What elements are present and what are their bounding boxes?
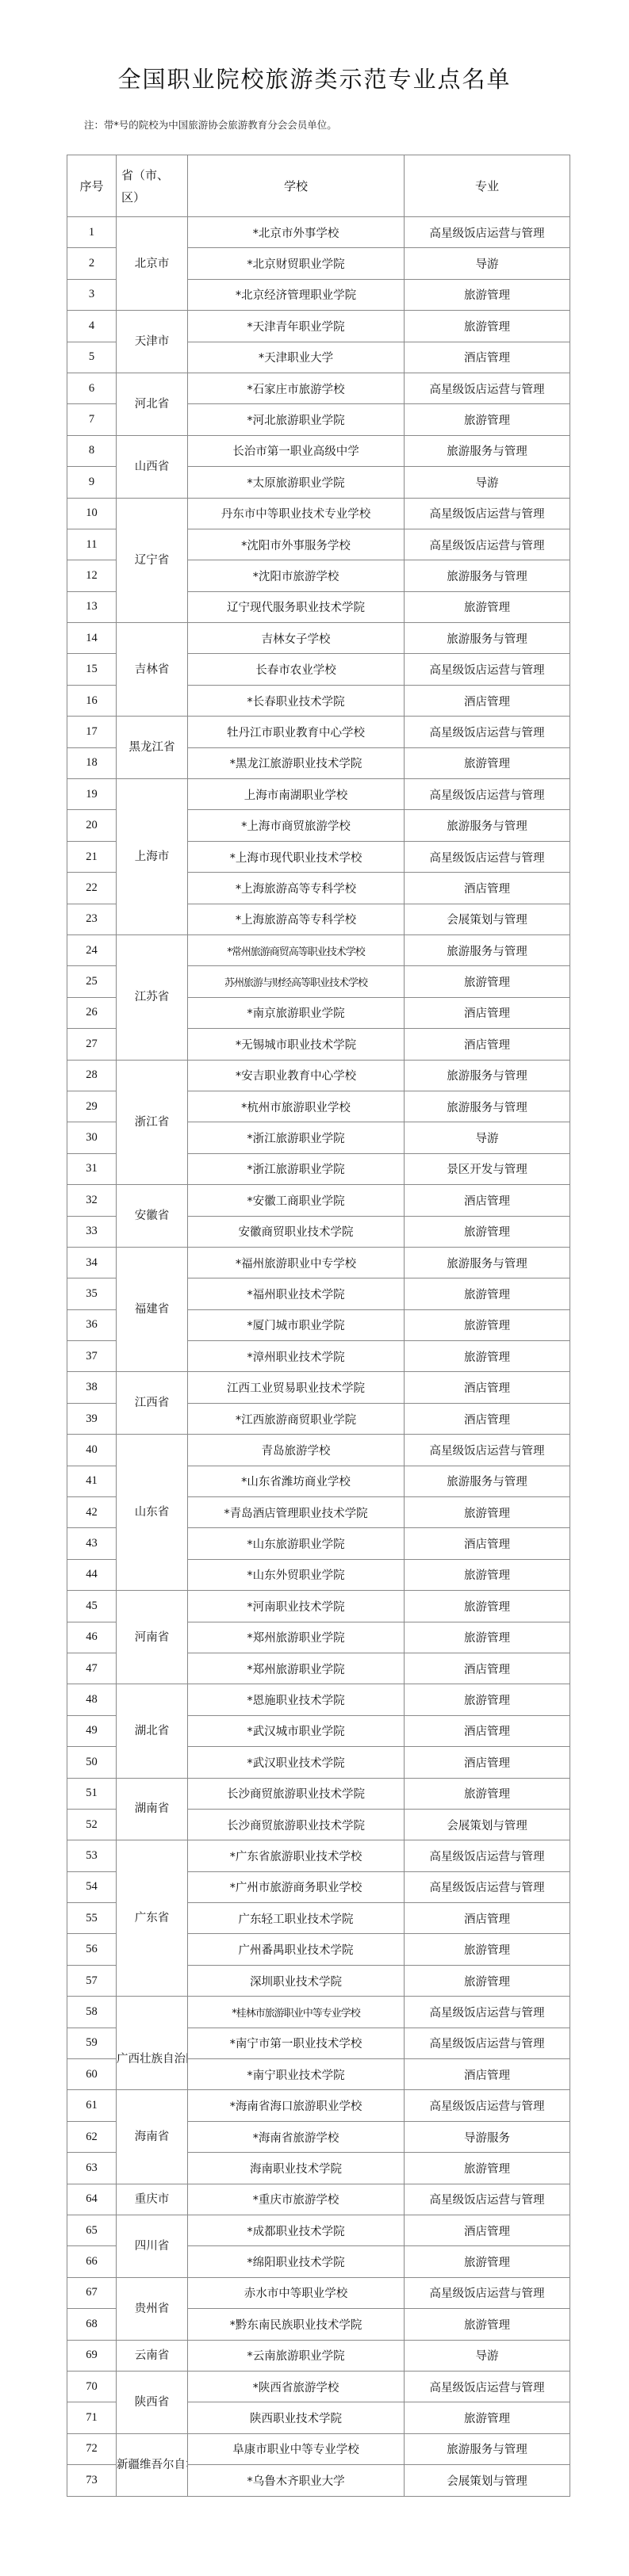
school-cell: *成都职业技术学院 <box>188 2215 405 2246</box>
table-row: 45河南省*河南职业技术学院旅游管理 <box>67 1591 570 1622</box>
school-cell: *山东旅游职业学院 <box>188 1528 405 1559</box>
school-cell: *无锡城市职业技术学院 <box>188 1029 405 1060</box>
row-index: 4 <box>67 311 117 342</box>
row-index: 25 <box>67 966 117 997</box>
school-cell: *北京经济管理职业学院 <box>188 279 405 310</box>
school-cell: *漳州职业技术学院 <box>188 1341 405 1372</box>
major-cell: 高星级饭店运营与管理 <box>405 1997 570 2028</box>
row-index: 53 <box>67 1840 117 1871</box>
province-label: 吉林省 <box>135 663 170 676</box>
row-index: 17 <box>67 717 117 747</box>
school-cell: *北京市外事学校 <box>188 217 405 248</box>
row-index: 18 <box>67 747 117 778</box>
school-cell: 丹东市中等职业技术专业学校 <box>188 498 405 529</box>
row-index: 28 <box>67 1060 117 1091</box>
row-index: 23 <box>67 904 117 934</box>
province-label: 山东省 <box>135 1506 170 1519</box>
major-cell: 酒店管理 <box>405 1903 570 1934</box>
row-index: 26 <box>67 997 117 1028</box>
row-index: 52 <box>67 1809 117 1840</box>
school-cell: 辽宁现代服务职业技术学院 <box>188 591 405 622</box>
school-cell: *南宁职业技术学院 <box>188 2059 405 2090</box>
major-cell: 旅游管理 <box>405 1309 570 1340</box>
major-cell: 导游 <box>405 467 570 498</box>
school-cell: *福州旅游职业中专学校 <box>188 1247 405 1278</box>
province-label: 北京市 <box>135 258 170 270</box>
demonstration-list-table: 序号 省（市、区） 学校 专业 1北京市*北京市外事学校高星级饭店运营与管理2*… <box>67 155 570 2497</box>
major-cell: 酒店管理 <box>405 685 570 716</box>
row-index: 14 <box>67 623 117 654</box>
school-cell: *南京旅游职业学院 <box>188 997 405 1028</box>
school-cell: *江西旅游商贸职业学院 <box>188 1403 405 1434</box>
table-row: 17黑龙江省牡丹江市职业教育中心学校高星级饭店运营与管理 <box>67 717 570 747</box>
row-index: 33 <box>67 1216 117 1247</box>
province-label: 河北省 <box>135 398 170 411</box>
row-index: 63 <box>67 2153 117 2184</box>
row-index: 22 <box>67 873 117 904</box>
row-index: 71 <box>67 2402 117 2433</box>
school-cell: *安吉职业教育中心学校 <box>188 1060 405 1091</box>
major-cell: 高星级饭店运营与管理 <box>405 1840 570 1871</box>
table-row: 4天津市*天津青年职业学院旅游管理 <box>67 311 570 342</box>
row-index: 9 <box>67 467 117 498</box>
province-cell: 辽宁省 <box>117 498 188 623</box>
row-index: 20 <box>67 810 117 841</box>
school-cell: *上海旅游高等专科学校 <box>188 904 405 934</box>
major-cell: 酒店管理 <box>405 1747 570 1778</box>
school-cell: *郑州旅游职业学院 <box>188 1653 405 1684</box>
row-index: 44 <box>67 1559 117 1590</box>
school-cell: *广东省旅游职业技术学校 <box>188 1840 405 1871</box>
major-cell: 旅游管理 <box>405 1684 570 1715</box>
table-row: 1北京市*北京市外事学校高星级饭店运营与管理 <box>67 217 570 248</box>
school-cell: 江西工业贸易职业技术学院 <box>188 1372 405 1403</box>
province-label: 海南省 <box>135 2131 170 2143</box>
table-row: 24江苏省*常州旅游商贸高等职业技术学校旅游服务与管理 <box>67 934 570 965</box>
major-cell: 旅游服务与管理 <box>405 1060 570 1091</box>
row-index: 62 <box>67 2121 117 2152</box>
row-index: 16 <box>67 685 117 716</box>
row-index: 38 <box>67 1372 117 1403</box>
major-cell: 旅游管理 <box>405 1559 570 1590</box>
major-cell: 旅游管理 <box>405 1965 570 1996</box>
major-cell: 会展策划与管理 <box>405 1809 570 1840</box>
school-cell: 广州番禺职业技术学院 <box>188 1934 405 1965</box>
province-label: 江西省 <box>135 1397 170 1409</box>
province-cell: 吉林省 <box>117 623 188 717</box>
table-row: 70陕西省*陕西省旅游学校高星级饭店运营与管理 <box>67 2371 570 2402</box>
school-cell: *浙江旅游职业学院 <box>188 1153 405 1184</box>
major-cell: 会展策划与管理 <box>405 2465 570 2496</box>
province-cell: 河北省 <box>117 373 188 435</box>
school-cell: *黔东南民族职业技术学院 <box>188 2309 405 2340</box>
table-row: 64重庆市*重庆市旅游学校高星级饭店运营与管理 <box>67 2184 570 2215</box>
header-province: 省（市、区） <box>117 155 188 217</box>
row-index: 27 <box>67 1029 117 1060</box>
major-cell: 高星级饭店运营与管理 <box>405 654 570 685</box>
major-cell: 高星级饭店运营与管理 <box>405 1435 570 1466</box>
school-cell: 陕西职业技术学院 <box>188 2402 405 2433</box>
row-index: 5 <box>67 342 117 373</box>
row-index: 11 <box>67 529 117 560</box>
school-cell: *重庆市旅游学校 <box>188 2184 405 2215</box>
header-index: 序号 <box>67 155 117 217</box>
school-cell: *广州市旅游商务职业学校 <box>188 1871 405 1902</box>
school-cell: *南宁市第一职业技术学校 <box>188 2028 405 2058</box>
row-index: 50 <box>67 1747 117 1778</box>
major-cell: 会展策划与管理 <box>405 904 570 934</box>
school-cell: *厦门城市职业学院 <box>188 1309 405 1340</box>
major-cell: 旅游管理 <box>405 311 570 342</box>
major-cell: 景区开发与管理 <box>405 1153 570 1184</box>
major-cell: 旅游管理 <box>405 2246 570 2277</box>
row-index: 32 <box>67 1185 117 1216</box>
school-cell: 广东轻工职业技术学院 <box>188 1903 405 1934</box>
major-cell: 旅游管理 <box>405 1216 570 1247</box>
school-cell: *绵阳职业技术学院 <box>188 2246 405 2277</box>
school-cell: 苏州旅游与财经高等职业技术学校 <box>188 966 405 997</box>
major-cell: 旅游服务与管理 <box>405 1247 570 1278</box>
school-cell: *北京财贸职业学院 <box>188 248 405 279</box>
row-index: 70 <box>67 2371 117 2402</box>
row-index: 73 <box>67 2465 117 2496</box>
major-cell: 高星级饭店运营与管理 <box>405 1871 570 1902</box>
major-cell: 旅游管理 <box>405 1591 570 1622</box>
province-cell: 山西省 <box>117 435 188 498</box>
province-label: 江苏省 <box>135 991 170 1003</box>
row-index: 15 <box>67 654 117 685</box>
major-cell: 高星级饭店运营与管理 <box>405 2184 570 2215</box>
table-row: 58广西壮族自治区*桂林市旅游职业中等专业学校高星级饭店运营与管理 <box>67 1997 570 2028</box>
school-cell: *郑州旅游职业学院 <box>188 1622 405 1653</box>
row-index: 68 <box>67 2309 117 2340</box>
province-cell: 海南省 <box>117 2090 188 2184</box>
province-cell: 上海市 <box>117 779 188 935</box>
province-cell: 江苏省 <box>117 934 188 1060</box>
major-cell: 高星级饭店运营与管理 <box>405 217 570 248</box>
school-cell: *杭州市旅游职业学校 <box>188 1091 405 1122</box>
row-index: 59 <box>67 2028 117 2058</box>
table-body: 1北京市*北京市外事学校高星级饭店运营与管理2*北京财贸职业学院导游3*北京经济… <box>67 217 570 2497</box>
table-row: 40山东省青岛旅游学校高星级饭店运营与管理 <box>67 1435 570 1466</box>
row-index: 49 <box>67 1715 117 1746</box>
province-label: 云南省 <box>135 2349 170 2362</box>
row-index: 72 <box>67 2433 117 2464</box>
row-index: 6 <box>67 373 117 403</box>
school-cell: *浙江旅游职业学院 <box>188 1122 405 1153</box>
major-cell: 高星级饭店运营与管理 <box>405 2090 570 2121</box>
school-cell: *上海市商贸旅游学校 <box>188 810 405 841</box>
province-cell: 新疆维吾尔自治区 <box>117 2433 188 2496</box>
school-cell: *山东省潍坊商业学校 <box>188 1466 405 1496</box>
school-cell: 赤水市中等职业学校 <box>188 2277 405 2308</box>
table-row: 69云南省*云南旅游职业学院导游 <box>67 2340 570 2371</box>
province-label: 湖北省 <box>135 1725 170 1737</box>
table-row: 19上海市上海市南湖职业学校高星级饭店运营与管理 <box>67 779 570 810</box>
major-cell: 旅游服务与管理 <box>405 2433 570 2464</box>
row-index: 1 <box>67 217 117 248</box>
school-cell: 长沙商贸旅游职业技术学院 <box>188 1778 405 1809</box>
row-index: 39 <box>67 1403 117 1434</box>
school-cell: *天津职业大学 <box>188 342 405 373</box>
row-index: 66 <box>67 2246 117 2277</box>
province-cell: 广西壮族自治区 <box>117 1997 188 2090</box>
major-cell: 高星级饭店运营与管理 <box>405 841 570 872</box>
major-cell: 酒店管理 <box>405 873 570 904</box>
major-cell: 旅游服务与管理 <box>405 1466 570 1496</box>
school-cell: *常州旅游商贸高等职业技术学校 <box>188 934 405 965</box>
major-cell: 旅游管理 <box>405 591 570 622</box>
table-row: 61海南省*海南省海口旅游职业学校高星级饭店运营与管理 <box>67 2090 570 2121</box>
row-index: 67 <box>67 2277 117 2308</box>
province-cell: 湖北省 <box>117 1684 188 1778</box>
major-cell: 酒店管理 <box>405 1403 570 1434</box>
province-cell: 河南省 <box>117 1591 188 1684</box>
row-index: 40 <box>67 1435 117 1466</box>
major-cell: 高星级饭店运营与管理 <box>405 779 570 810</box>
table-row: 6河北省*石家庄市旅游学校高星级饭店运营与管理 <box>67 373 570 403</box>
province-label: 黑龙江省 <box>129 741 175 754</box>
table-row: 51湖南省长沙商贸旅游职业技术学院旅游管理 <box>67 1778 570 1809</box>
table-row: 28浙江省*安吉职业教育中心学校旅游服务与管理 <box>67 1060 570 1091</box>
table-row: 10辽宁省丹东市中等职业技术专业学校高星级饭店运营与管理 <box>67 498 570 529</box>
row-index: 10 <box>67 498 117 529</box>
school-cell: 上海市南湖职业学校 <box>188 779 405 810</box>
school-cell: *沈阳市旅游学校 <box>188 560 405 591</box>
row-index: 35 <box>67 1278 117 1309</box>
school-cell: 深圳职业技术学院 <box>188 1965 405 1996</box>
school-cell: *武汉职业技术学院 <box>188 1747 405 1778</box>
province-cell: 重庆市 <box>117 2184 188 2215</box>
province-label: 安徽省 <box>135 1210 170 1222</box>
major-cell: 高星级饭店运营与管理 <box>405 529 570 560</box>
major-cell: 旅游服务与管理 <box>405 623 570 654</box>
table-row: 32安徽省*安徽工商职业学院酒店管理 <box>67 1185 570 1216</box>
school-cell: *陕西省旅游学校 <box>188 2371 405 2402</box>
school-cell: *山东外贸职业学院 <box>188 1559 405 1590</box>
major-cell: 导游 <box>405 1122 570 1153</box>
row-index: 3 <box>67 279 117 310</box>
row-index: 46 <box>67 1622 117 1653</box>
province-label: 浙江省 <box>135 1116 170 1129</box>
school-cell: 安徽商贸职业技术学院 <box>188 1216 405 1247</box>
school-cell: *福州职业技术学院 <box>188 1278 405 1309</box>
province-cell: 黑龙江省 <box>117 717 188 779</box>
row-index: 36 <box>67 1309 117 1340</box>
major-cell: 旅游服务与管理 <box>405 435 570 466</box>
province-label: 上海市 <box>135 850 170 863</box>
row-index: 57 <box>67 1965 117 1996</box>
table-row: 14吉林省吉林女子学校旅游服务与管理 <box>67 623 570 654</box>
major-cell: 旅游管理 <box>405 1622 570 1653</box>
province-cell: 北京市 <box>117 217 188 311</box>
province-label: 陕西省 <box>135 2396 170 2409</box>
row-index: 2 <box>67 248 117 279</box>
school-cell: *太原旅游职业学院 <box>188 467 405 498</box>
major-cell: 高星级饭店运营与管理 <box>405 717 570 747</box>
major-cell: 酒店管理 <box>405 1029 570 1060</box>
major-cell: 酒店管理 <box>405 1715 570 1746</box>
major-cell: 酒店管理 <box>405 2059 570 2090</box>
school-cell: *石家庄市旅游学校 <box>188 373 405 403</box>
school-cell: 青岛旅游学校 <box>188 1435 405 1466</box>
row-index: 48 <box>67 1684 117 1715</box>
major-cell: 旅游管理 <box>405 404 570 435</box>
row-index: 19 <box>67 779 117 810</box>
province-label: 河南省 <box>135 1631 170 1644</box>
row-index: 7 <box>67 404 117 435</box>
province-label: 山西省 <box>135 461 170 473</box>
province-cell: 安徽省 <box>117 1185 188 1248</box>
row-index: 55 <box>67 1903 117 1934</box>
row-index: 37 <box>67 1341 117 1372</box>
row-index: 42 <box>67 1497 117 1528</box>
row-index: 58 <box>67 1997 117 2028</box>
major-cell: 旅游管理 <box>405 279 570 310</box>
province-cell: 陕西省 <box>117 2371 188 2433</box>
row-index: 41 <box>67 1466 117 1496</box>
province-label: 新疆维吾尔自治区 <box>117 2459 188 2471</box>
province-cell: 广东省 <box>117 1840 188 1997</box>
province-label: 四川省 <box>135 2240 170 2253</box>
row-index: 64 <box>67 2184 117 2215</box>
row-index: 60 <box>67 2059 117 2090</box>
major-cell: 旅游管理 <box>405 747 570 778</box>
school-cell: 海南职业技术学院 <box>188 2153 405 2184</box>
major-cell: 旅游管理 <box>405 2309 570 2340</box>
table-row: 8山西省长治市第一职业高级中学旅游服务与管理 <box>67 435 570 466</box>
row-index: 69 <box>67 2340 117 2371</box>
major-cell: 旅游服务与管理 <box>405 810 570 841</box>
province-label: 广东省 <box>135 1912 170 1924</box>
major-cell: 高星级饭店运营与管理 <box>405 2371 570 2402</box>
province-label: 广西壮族自治区 <box>117 2016 187 2070</box>
row-index: 30 <box>67 1122 117 1153</box>
row-index: 47 <box>67 1653 117 1684</box>
province-cell: 福建省 <box>117 1247 188 1372</box>
school-cell: *桂林市旅游职业中等专业学校 <box>188 1997 405 2028</box>
major-cell: 酒店管理 <box>405 1653 570 1684</box>
table-header-row: 序号 省（市、区） 学校 专业 <box>67 155 570 217</box>
major-cell: 旅游管理 <box>405 966 570 997</box>
major-cell: 酒店管理 <box>405 1372 570 1403</box>
school-cell: *黑龙江旅游职业技术学院 <box>188 747 405 778</box>
province-label: 贵州省 <box>135 2303 170 2315</box>
province-label: 重庆市 <box>135 2193 170 2206</box>
major-cell: 高星级饭店运营与管理 <box>405 498 570 529</box>
school-cell: 阜康市职业中等专业学校 <box>188 2433 405 2464</box>
major-cell: 酒店管理 <box>405 2215 570 2246</box>
major-cell: 高星级饭店运营与管理 <box>405 373 570 403</box>
school-cell: 长沙商贸旅游职业技术学院 <box>188 1809 405 1840</box>
school-cell: *海南省旅游学校 <box>188 2121 405 2152</box>
row-index: 29 <box>67 1091 117 1122</box>
major-cell: 旅游管理 <box>405 1341 570 1372</box>
school-cell: *沈阳市外事服务学校 <box>188 529 405 560</box>
row-index: 12 <box>67 560 117 591</box>
school-cell: *武汉城市职业学院 <box>188 1715 405 1746</box>
major-cell: 旅游管理 <box>405 1778 570 1809</box>
major-cell: 高星级饭店运营与管理 <box>405 2028 570 2058</box>
major-cell: 酒店管理 <box>405 1528 570 1559</box>
school-cell: *海南省海口旅游职业学校 <box>188 2090 405 2121</box>
row-index: 43 <box>67 1528 117 1559</box>
major-cell: 旅游管理 <box>405 1934 570 1965</box>
major-cell: 高星级饭店运营与管理 <box>405 2277 570 2308</box>
row-index: 13 <box>67 591 117 622</box>
row-index: 34 <box>67 1247 117 1278</box>
major-cell: 酒店管理 <box>405 342 570 373</box>
province-cell: 江西省 <box>117 1372 188 1435</box>
province-label: 辽宁省 <box>135 554 170 567</box>
row-index: 45 <box>67 1591 117 1622</box>
school-cell: *云南旅游职业学院 <box>188 2340 405 2371</box>
major-cell: 旅游管理 <box>405 2153 570 2184</box>
province-label: 湖南省 <box>135 1802 170 1815</box>
school-cell: *乌鲁木齐职业大学 <box>188 2465 405 2496</box>
province-cell: 云南省 <box>117 2340 188 2371</box>
major-cell: 酒店管理 <box>405 997 570 1028</box>
header-school: 学校 <box>188 155 405 217</box>
document-title: 全国职业院校旅游类示范专业点名单 <box>0 65 629 94</box>
footnote: 注：带*号的院校为中国旅游协会旅游教育分会会员单位。 <box>84 118 337 132</box>
table-row: 53广东省*广东省旅游职业技术学校高星级饭店运营与管理 <box>67 1840 570 1871</box>
province-cell: 湖南省 <box>117 1778 188 1840</box>
row-index: 21 <box>67 841 117 872</box>
row-index: 61 <box>67 2090 117 2121</box>
major-cell: 旅游服务与管理 <box>405 1091 570 1122</box>
school-cell: 牡丹江市职业教育中心学校 <box>188 717 405 747</box>
school-cell: 长春市农业学校 <box>188 654 405 685</box>
major-cell: 旅游管理 <box>405 1497 570 1528</box>
school-cell: *上海市现代职业技术学校 <box>188 841 405 872</box>
major-cell: 导游服务 <box>405 2121 570 2152</box>
province-label: 福建省 <box>135 1303 170 1316</box>
school-cell: *安徽工商职业学院 <box>188 1185 405 1216</box>
row-index: 56 <box>67 1934 117 1965</box>
school-cell: *河南职业技术学院 <box>188 1591 405 1622</box>
school-cell: *河北旅游职业学院 <box>188 404 405 435</box>
table-row: 67贵州省赤水市中等职业学校高星级饭店运营与管理 <box>67 2277 570 2308</box>
school-cell: *上海旅游高等专科学校 <box>188 873 405 904</box>
major-cell: 旅游管理 <box>405 2402 570 2433</box>
row-index: 54 <box>67 1871 117 1902</box>
table-row: 38江西省江西工业贸易职业技术学院酒店管理 <box>67 1372 570 1403</box>
row-index: 51 <box>67 1778 117 1809</box>
table-row: 48湖北省*恩施职业技术学院旅游管理 <box>67 1684 570 1715</box>
province-label: 天津市 <box>135 335 170 348</box>
school-cell: 长治市第一职业高级中学 <box>188 435 405 466</box>
school-cell: *长春职业技术学院 <box>188 685 405 716</box>
major-cell: 旅游服务与管理 <box>405 934 570 965</box>
school-cell: 吉林女子学校 <box>188 623 405 654</box>
table-row: 65四川省*成都职业技术学院酒店管理 <box>67 2215 570 2246</box>
school-cell: *青岛酒店管理职业技术学院 <box>188 1497 405 1528</box>
province-cell: 贵州省 <box>117 2277 188 2340</box>
header-major: 专业 <box>405 155 570 217</box>
province-cell: 天津市 <box>117 311 188 373</box>
row-index: 65 <box>67 2215 117 2246</box>
province-cell: 四川省 <box>117 2215 188 2278</box>
major-cell: 酒店管理 <box>405 1185 570 1216</box>
school-cell: *恩施职业技术学院 <box>188 1684 405 1715</box>
province-cell: 浙江省 <box>117 1060 188 1185</box>
row-index: 24 <box>67 934 117 965</box>
row-index: 31 <box>67 1153 117 1184</box>
school-cell: *天津青年职业学院 <box>188 311 405 342</box>
province-cell: 山东省 <box>117 1435 188 1591</box>
table-row: 34福建省*福州旅游职业中专学校旅游服务与管理 <box>67 1247 570 1278</box>
